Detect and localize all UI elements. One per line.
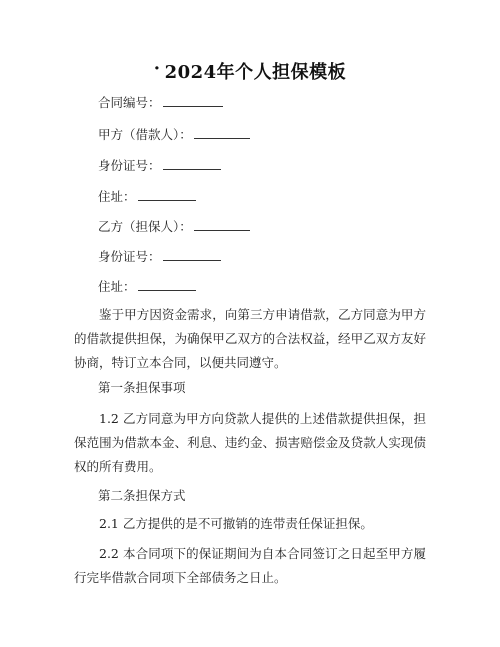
title-bullet: · (154, 58, 161, 79)
preamble-paragraph: 鉴于甲方因资金需求，向第三方申请借款，乙方同意为甲方的借款提供担保，为确保甲乙双… (74, 303, 426, 375)
field-label: 身份证号： (98, 158, 161, 173)
field-label: 乙方（担保人）： (98, 219, 192, 234)
clause-2-1: 2.1 乙方提供的是不可撤销的连带责任保证担保。 (74, 512, 426, 536)
field-party-b: 乙方（担保人）： (98, 218, 250, 235)
blank-line (163, 248, 221, 261)
field-party-b-id: 身份证号： (98, 248, 221, 265)
document-title: ·2024年个人担保模板 (0, 58, 500, 84)
blank-line (163, 94, 223, 107)
blank-line (138, 188, 196, 201)
blank-line (138, 278, 196, 291)
field-party-a-address: 住址： (98, 188, 196, 205)
field-party-a-id: 身份证号： (98, 157, 221, 174)
blank-line (194, 126, 250, 139)
field-label: 合同编号： (98, 95, 161, 110)
field-party-a: 甲方（借款人）： (98, 126, 250, 143)
blank-line (194, 218, 250, 231)
clause-2-2: 2.2 本合同项下的保证期间为自本合同签订之日起至甲方履行完毕借款合同项下全部债… (74, 542, 426, 590)
field-label: 身份证号： (98, 249, 161, 264)
field-label: 住址： (98, 279, 136, 294)
section-heading-2: 第二条担保方式 (98, 488, 186, 504)
section-heading-1: 第一条担保事项 (98, 380, 186, 396)
blank-line (163, 157, 221, 170)
clause-1-2: 1.2 乙方同意为甲方向贷款人提供的上述借款提供担保，担保范围为借款本金、利息、… (74, 407, 426, 479)
document-page: ·2024年个人担保模板 合同编号： 甲方（借款人）： 身份证号： 住址： 乙方… (0, 0, 500, 647)
field-label: 甲方（借款人）： (98, 127, 192, 142)
field-contract-number: 合同编号： (98, 94, 223, 111)
field-label: 住址： (98, 189, 136, 204)
title-text: 2024年个人担保模板 (165, 62, 347, 83)
field-party-b-address: 住址： (98, 278, 196, 295)
